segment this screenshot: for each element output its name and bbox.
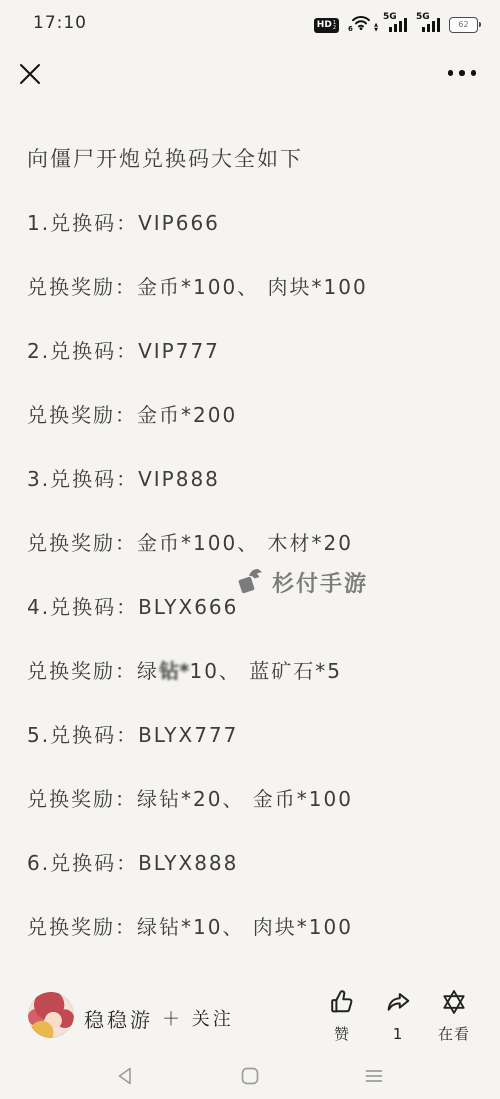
more-menu-icon[interactable]	[448, 70, 477, 76]
reward-line-3: 兑换奖励：金币*100、 木材*20	[27, 532, 494, 554]
reward-line-6: 兑换奖励：绿钻*10、 肉块*100	[27, 916, 494, 938]
code-line-6: 6.兑换码：BLYX888	[27, 852, 494, 874]
wow-label: 在看	[438, 1027, 470, 1042]
hd-volte-icon: HD 1 2	[314, 18, 339, 33]
like-button[interactable]: 赞	[316, 988, 368, 1042]
author-avatar[interactable]	[28, 992, 74, 1038]
wifi-traffic-arrows: ▲▼	[374, 23, 378, 33]
status-icons: HD 1 2 6 ▲▼ 5G	[314, 13, 478, 33]
watermark: 杉付手游	[236, 565, 368, 599]
nav-home-icon[interactable]	[238, 1064, 262, 1088]
wifi-icon: 6 ▲▼	[348, 14, 374, 33]
code-line-4: 4.兑换码：BLYX666	[27, 596, 494, 618]
smudged-text: 钻*	[159, 659, 189, 683]
phone-screen: 17:10 HD 1 2 6 ▲▼ 5G	[0, 0, 500, 1099]
code-line-1: 1.兑换码：VIP666	[27, 212, 494, 234]
nav-recents-icon[interactable]	[362, 1064, 386, 1088]
wow-button[interactable]: 在看	[428, 988, 480, 1042]
signal-icon-sim1: 5G	[383, 13, 407, 33]
wow-flower-icon	[440, 988, 468, 1020]
reward-line-4: 兑换奖励：绿钻*10、 蓝矿石*5	[27, 660, 494, 682]
share-arrow-icon	[384, 988, 412, 1020]
android-nav-bar	[0, 1053, 500, 1099]
clock: 17:10	[33, 13, 87, 33]
article-title: 向僵尸开炮兑换码大全如下	[27, 148, 494, 170]
signal-icon-sim2: 5G	[416, 13, 440, 33]
code-line-5: 5.兑换码：BLYX777	[27, 724, 494, 746]
code-line-2: 2.兑换码：VIP777	[27, 340, 494, 362]
thumbs-up-icon	[328, 988, 356, 1020]
footer-bar: 稳稳游 ＋ 关注 赞 1	[0, 984, 500, 1056]
like-label: 赞	[334, 1027, 350, 1042]
nav-back-icon[interactable]	[114, 1064, 138, 1088]
share-count: 1	[393, 1027, 404, 1042]
code-line-3: 3.兑换码：VIP888	[27, 468, 494, 490]
close-icon[interactable]	[17, 61, 43, 87]
share-button[interactable]: 1	[372, 988, 424, 1042]
watermark-text: 杉付手游	[272, 567, 368, 598]
article-body: 向僵尸开炮兑换码大全如下 1.兑换码：VIP666 兑换奖励：金币*100、 肉…	[27, 148, 494, 980]
author-name[interactable]: 稳稳游	[84, 1004, 153, 1033]
watermark-logo-icon	[236, 565, 266, 599]
reward-line-5: 兑换奖励：绿钻*20、 金币*100	[27, 788, 494, 810]
battery-icon: 62	[449, 17, 478, 33]
status-bar: 17:10 HD 1 2 6 ▲▼ 5G	[0, 6, 500, 40]
follow-button[interactable]: ＋ 关注	[162, 1005, 234, 1031]
reward-line-2: 兑换奖励：金币*200	[27, 404, 494, 426]
reward-line-1: 兑换奖励：金币*100、 肉块*100	[27, 276, 494, 298]
